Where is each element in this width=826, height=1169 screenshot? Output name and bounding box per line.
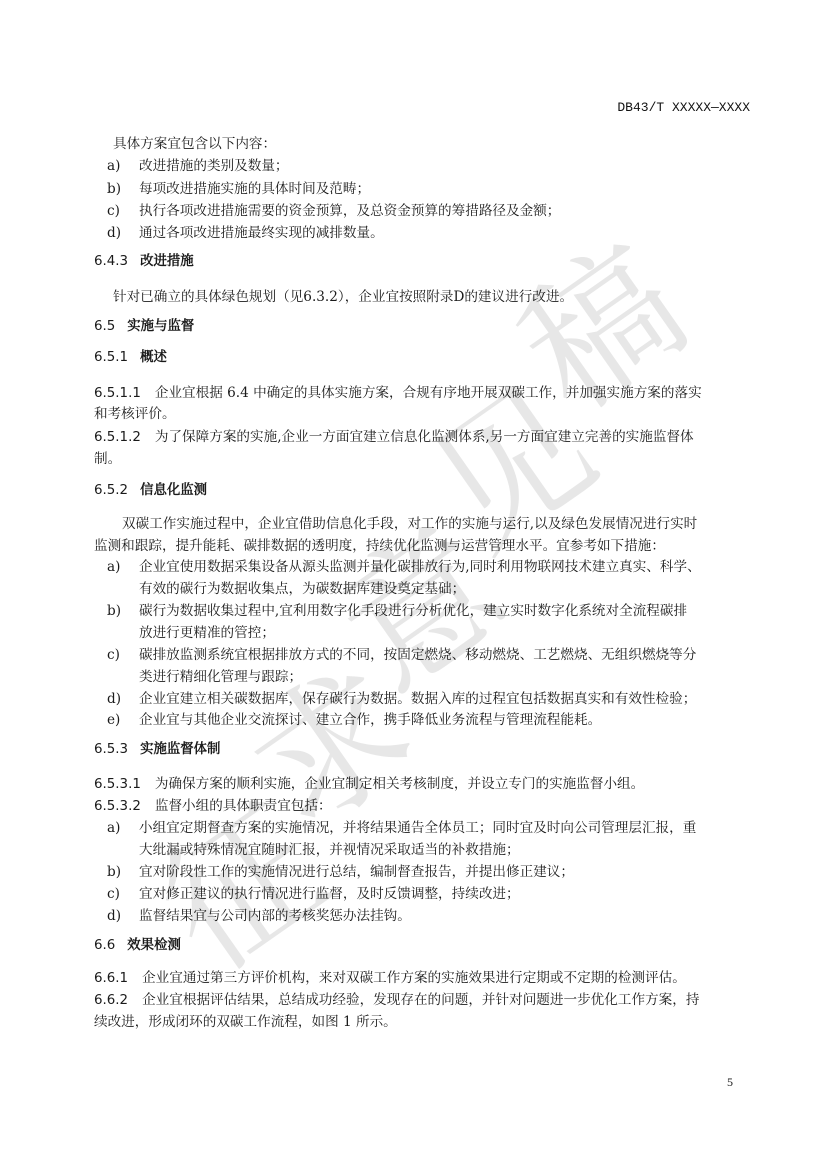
paragraph-continuation: 监测和跟踪，提升能耗、碳排数据的透明度，持续优化监测与运营管理水平。宜参考如下措… [94,537,665,555]
list-item: 碳排放监测系统宜根据排放方式的不同，按固定燃烧、移动燃烧、工艺燃烧、无组织燃烧等… [139,646,696,664]
list-item: 小组宜定期督查方案的实施情况，并将结果通告全体员工；同时宜及时向公司管理层汇报，… [139,819,696,837]
list-label: b) [107,180,121,198]
list-label: d) [107,907,121,925]
heading-title: 信息化监测 [140,483,207,498]
page-number: 5 [727,1075,733,1090]
list-item-continuation: 类进行精细化管理与跟踪； [139,668,302,686]
section-heading-6-5-3: 6.5.3实施监督体制 [94,741,220,759]
clause-number: 6.6.1 [94,971,128,986]
list-item: 每项改进措施实施的具体时间及范畴； [139,180,370,198]
list-item-continuation: 大纰漏或特殊情况宜随时汇报，并视情况采取适当的补救措施； [139,841,520,859]
list-item: 企业宜使用数据采集设备从源头监测并量化碳排放行为,同时利用物联网技术建立真实、科… [139,558,701,576]
list-item: 企业宜与其他企业交流探讨、建立合作，携手降低业务流程与管理流程能耗。 [139,711,601,729]
heading-title: 实施与监督 [127,319,194,334]
list-item: 改进措施的类别及数量； [139,157,289,175]
heading-number: 6.5.1 [94,350,128,365]
clause-number: 6.5.3.1 [94,777,141,792]
clause-6-5-1-2: 6.5.1.2为了保障方案的实施,企业一方面宜建立信息化监测体系,另一方面宜建立… [94,428,694,447]
list-label: d) [107,690,121,708]
heading-title: 概述 [140,350,167,365]
paragraph: 针对已确立的具体绿色规划（见6.3.2），企业宜按照附录D的建议进行改进。 [113,288,573,306]
section-heading-6-5: 6.5实施与监督 [94,318,194,336]
paragraph: 双碳工作实施过程中，企业宜借助信息化手段，对工作的实施与运行,以及绿色发展情况进… [122,515,697,533]
clause-number: 6.6.2 [94,993,128,1008]
list-item: 宜对阶段性工作的实施情况进行总结，编制督查报告，并提出修正建议； [139,863,574,881]
list-label: d) [107,224,121,242]
heading-number: 6.5.2 [94,483,128,498]
clause-text: 企业宜通过第三方评价机构，来对双碳工作方案的实施效果进行定期或不定期的检测评估。 [142,970,686,986]
clause-continuation: 续改进，形成闭环的双碳工作流程，如图 1 所示。 [94,1013,397,1031]
document-code: DB43/T XXXXX—XXXX [617,100,750,115]
list-item: 执行各项改进措施需要的资金预算，及总资金预算的筹措路径及金额； [139,202,560,220]
list-item: 企业宜建立相关碳数据库，保存碳行为数据。数据入库的过程宜包括数据真实和有效性检验… [139,690,696,708]
clause-text: 企业宜根据 6.4 中确定的具体实施方案，合规有序地开展双碳工作，并加强实施方案… [155,385,702,401]
clause-text: 为确保方案的顺利实施，企业宜制定相关考核制度，并设立专门的实施监督小组。 [155,776,644,792]
heading-title: 实施监督体制 [140,742,220,757]
heading-title: 效果检测 [127,938,181,953]
section-heading-6-4-3: 6.4.3改进措施 [94,253,194,271]
list-label: b) [107,863,121,881]
list-label: a) [107,558,120,576]
list-label: b) [107,602,121,620]
heading-number: 6.5.3 [94,742,128,757]
section-heading-6-5-2: 6.5.2信息化监测 [94,482,207,500]
list-label: c) [107,646,120,664]
clause-6-5-1-1: 6.5.1.1企业宜根据 6.4 中确定的具体实施方案，合规有序地开展双碳工作，… [94,384,702,403]
list-item: 宜对修正建议的执行情况进行监督，及时反馈调整，持续改进； [139,885,520,903]
section-heading-6-5-1: 6.5.1概述 [94,349,167,367]
list-item-continuation: 有效的碳行为数据收集点，为碳数据库建设奠定基础； [139,580,465,598]
intro-text: 具体方案宜包含以下内容： [113,135,276,153]
heading-number: 6.5 [94,319,115,334]
heading-number: 6.6 [94,938,115,953]
document-page: 稿 见 意 求 征 DB43/T XXXXX—XXXX 具体方案宜包含以下内容：… [0,0,826,1169]
list-label: c) [107,885,120,903]
list-item: 通过各项改进措施最终实现的减排数量。 [139,224,384,242]
list-item: 碳行为数据收集过程中,宜利用数字化手段进行分析优化，建立实时数字化系统对全流程碳… [139,602,687,620]
clause-continuation: 和考核评价。 [94,405,176,423]
clause-text: 为了保障方案的实施,企业一方面宜建立信息化监测体系,另一方面宜建立完善的实施监督… [155,429,694,445]
clause-number: 6.5.1.2 [94,430,141,445]
clause-text: 企业宜根据评估结果，总结成功经验，发现存在的问题，并针对问题进一步优化工作方案，… [142,992,699,1008]
list-label: e) [107,711,120,729]
clause-number: 6.5.1.1 [94,386,141,401]
clause-number: 6.5.3.2 [94,799,141,814]
clause-text: 监督小组的具体职责宜包括： [155,798,332,814]
clause-6-6-1: 6.6.1企业宜通过第三方评价机构，来对双碳工作方案的实施效果进行定期或不定期的… [94,969,686,988]
heading-number: 6.4.3 [94,254,128,269]
heading-title: 改进措施 [140,254,194,269]
list-label: a) [107,819,120,837]
list-item: 监督结果宜与公司内部的考核奖惩办法挂钩。 [139,907,411,925]
list-label: c) [107,202,120,220]
clause-6-5-3-2: 6.5.3.2监督小组的具体职责宜包括： [94,797,332,816]
list-item-continuation: 放进行更精准的管控； [139,624,275,642]
section-heading-6-6: 6.6效果检测 [94,937,181,955]
clause-6-5-3-1: 6.5.3.1为确保方案的顺利实施，企业宜制定相关考核制度，并设立专门的实施监督… [94,775,644,794]
list-label: a) [107,157,120,175]
clause-6-6-2: 6.6.2企业宜根据评估结果，总结成功经验，发现存在的问题，并针对问题进一步优化… [94,991,699,1010]
clause-continuation: 制。 [94,450,121,468]
